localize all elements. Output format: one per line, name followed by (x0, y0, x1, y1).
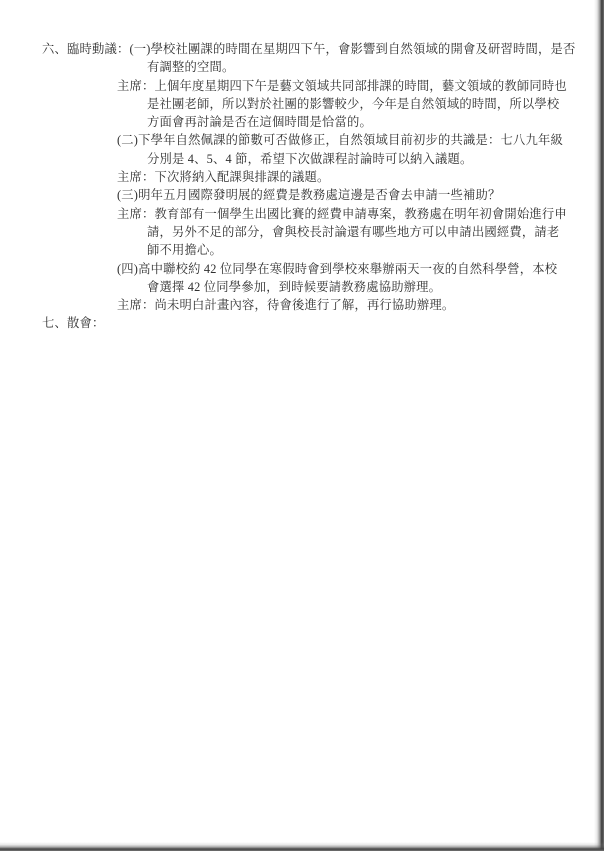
document-line: 會選擇 42 位同學參加，到時候要請教務處協助辦理。 (0, 278, 590, 296)
document-line: 方面會再討論是否在這個時間是恰當的。 (0, 113, 590, 131)
document-line: 分別是 4、5、4 節，希望下次做課程討論時可以納入議題。 (0, 150, 590, 168)
document-line: (三)明年五月國際發明展的經費是教務處這邊是否會去申請一些補助？ (0, 186, 590, 204)
document-line: (二)下學年自然佩課的節數可否做修正，自然領域目前初步的共識是：七八九年級 (0, 131, 590, 149)
document-line: (四)高中聯校約 42 位同學在寒假時會到學校來舉辦兩天一夜的自然科學營，本校 (0, 260, 590, 278)
document-page: 六、臨時動議：(一)學校社團課的時間在星期四下午，會影響到自然領域的開會及研習時… (0, 0, 604, 851)
document-line: 主席：尚未明白計畫內容，待會後進行了解，再行協助辦理。 (0, 296, 590, 314)
document-line: 請，另外不足的部分，會與校長討論還有哪些地方可以申請出國經費，請老 (0, 223, 590, 241)
document-line: 有調整的空間。 (0, 58, 590, 76)
document-line: 六、臨時動議：(一)學校社團課的時間在星期四下午，會影響到自然領域的開會及研習時… (0, 40, 590, 58)
page-edge-shadow-right (594, 0, 604, 851)
document-line: 師不用擔心。 (0, 241, 590, 259)
document-line: 主席：上個年度星期四下午是藝文領域共同部排課的時間，藝文領域的教師同時也 (0, 77, 590, 95)
document-line: 主席：教育部有一個學生出國比賽的經費申請專案，教務處在明年初會開始進行申 (0, 205, 590, 223)
document-line: 主席：下次將納入配課與排課的議題。 (0, 168, 590, 186)
document-line: 是社團老師，所以對於社團的影響較少，今年是自然領域的時間，所以學校 (0, 95, 590, 113)
document-line: 七、散會： (0, 314, 590, 332)
page-edge-shadow-bottom (0, 842, 604, 851)
document-lines: 六、臨時動議：(一)學校社團課的時間在星期四下午，會影響到自然領域的開會及研習時… (0, 40, 590, 333)
